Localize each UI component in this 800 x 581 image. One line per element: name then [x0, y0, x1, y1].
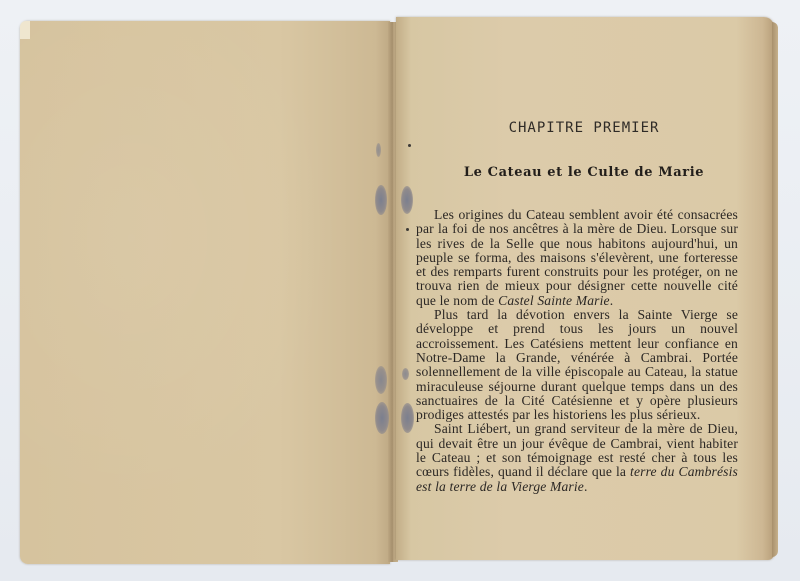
text-run: .: [610, 293, 614, 308]
paragraph: Saint Liébert, un grand serviteur de la …: [416, 422, 738, 493]
page-edge: [772, 22, 778, 557]
chapter-heading: CHAPITRE PREMIER: [430, 120, 738, 136]
right-page-text: CHAPITRE PREMIER Le Cateau et le Culte d…: [416, 120, 738, 494]
staple-stain: [375, 185, 387, 215]
left-page-blank: [20, 21, 390, 564]
section-title: Le Cateau et le Culte de Marie: [430, 165, 738, 180]
staple-stain: [376, 143, 381, 157]
staple-stain: [402, 368, 409, 380]
paragraph: Les origines du Cateau semblent avoir ét…: [416, 208, 738, 308]
ink-speck: [408, 144, 411, 147]
paragraph: Plus tard la dévotion envers la Sainte V…: [416, 308, 738, 422]
staple-stain: [401, 186, 413, 214]
italic-phrase: Castel Sainte Marie: [498, 293, 610, 308]
staple-stain: [375, 366, 387, 394]
ink-speck: [406, 228, 409, 231]
body-text: Les origines du Cateau semblent avoir ét…: [416, 208, 738, 494]
staple-stain: [401, 403, 414, 433]
text-run: .: [584, 479, 588, 494]
text-run: Plus tard la dévotion envers la Sainte V…: [416, 307, 738, 422]
staple-stain: [375, 402, 389, 434]
